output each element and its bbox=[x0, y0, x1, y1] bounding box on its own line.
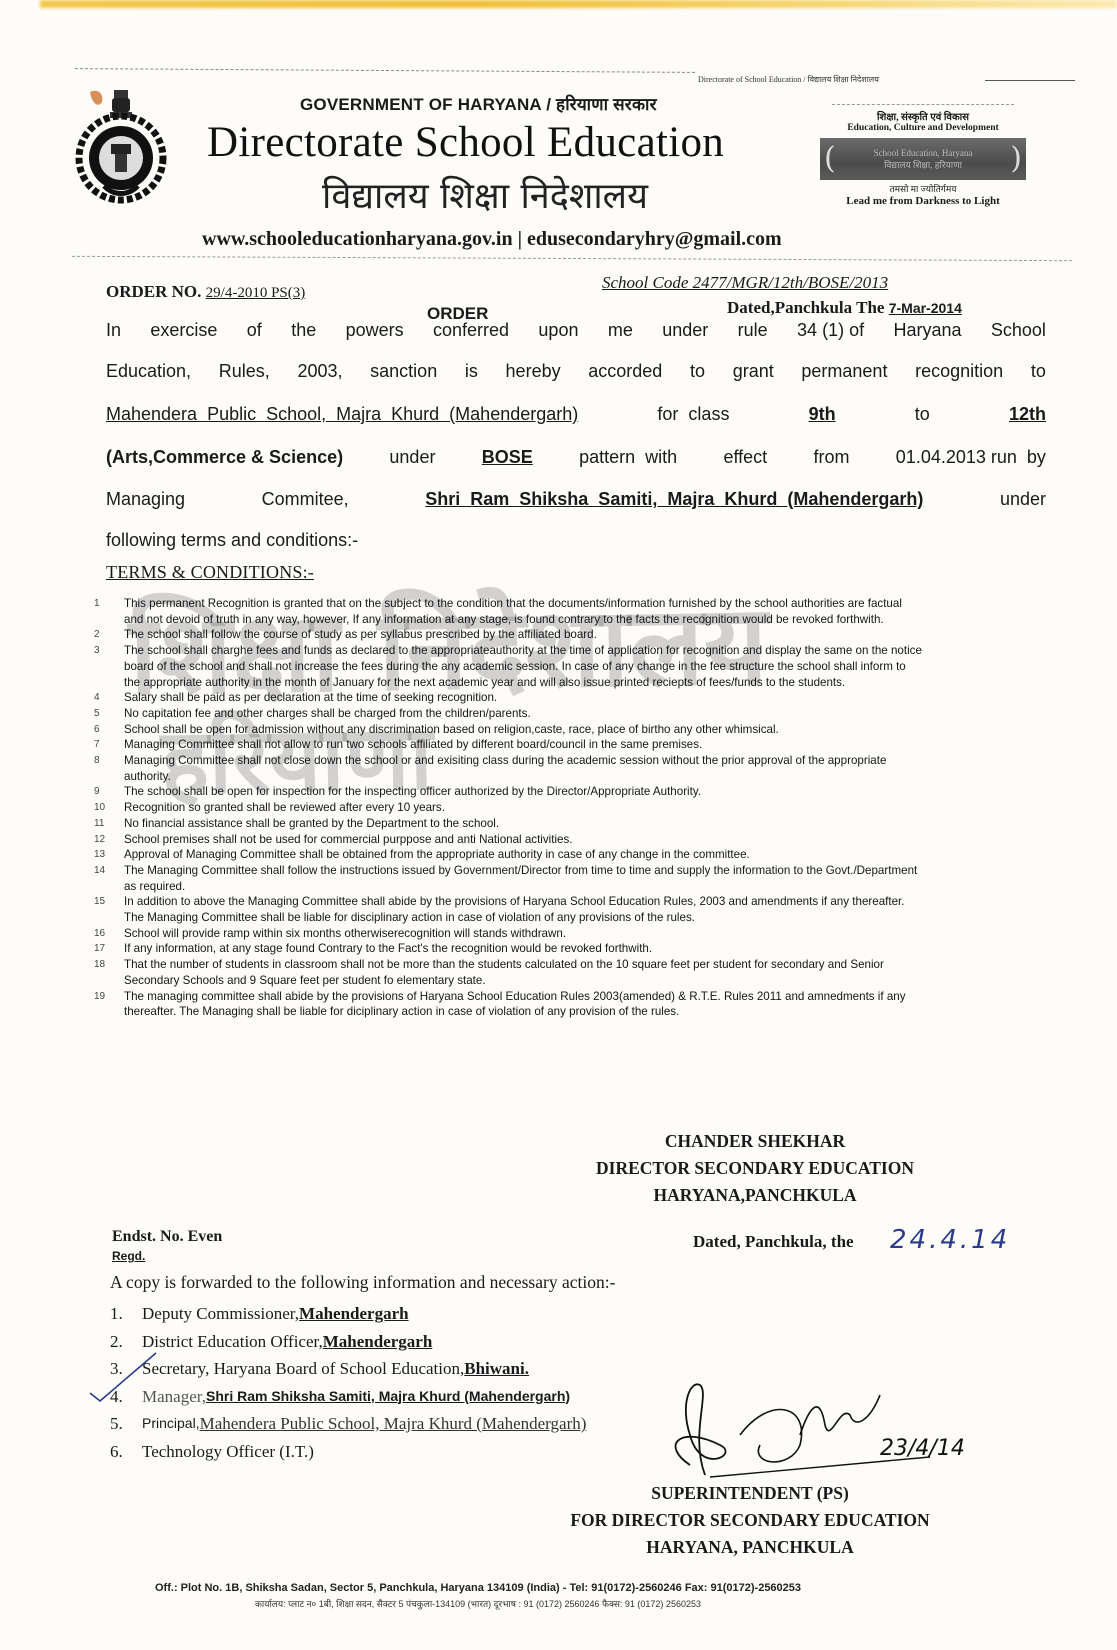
recipient-role: District Education Officer, bbox=[142, 1328, 323, 1356]
order-date: Dated,Panchkula The 7-Mar-2014 bbox=[727, 298, 962, 318]
term-item: 4Salary shall be paid as per declaration… bbox=[94, 690, 924, 706]
signature-date: 23/4/14 bbox=[880, 1436, 965, 1461]
superintendent-line-2: FOR DIRECTOR SECONDARY EDUCATION bbox=[530, 1507, 970, 1534]
term-number: 13 bbox=[94, 847, 124, 863]
term-text: If any information, at any stage found C… bbox=[124, 941, 924, 957]
directorate-title-hindi: विद्यालय शिक्षा निदेशालय bbox=[322, 170, 648, 219]
government-heading: GOVERNMENT OF HARYANA / हरियाणा सरकार bbox=[300, 92, 657, 115]
superintendent-line-3: HARYANA, PANCHKULA bbox=[530, 1534, 970, 1561]
term-item: 2The school shall follow the course of s… bbox=[94, 627, 924, 643]
term-item: 7Managing Committee shall not allow to r… bbox=[94, 737, 924, 753]
to-text: to bbox=[915, 404, 930, 425]
recipient-place: Mahendera Public School, Majra Khurd (Ma… bbox=[200, 1410, 587, 1438]
term-number: 4 bbox=[94, 690, 124, 706]
body-word: upon bbox=[538, 320, 578, 341]
commitee-text: Commitee, bbox=[262, 489, 349, 510]
term-text: Salary shall be paid as per declaration … bbox=[124, 690, 924, 706]
streams: (Arts,Commerce & Science) bbox=[106, 447, 343, 468]
body-word: is bbox=[465, 361, 478, 382]
term-item: 13Approval of Managing Committee shall b… bbox=[94, 847, 924, 863]
footer-address-english: Off.: Plot No. 1B, Shiksha Sadan, Sector… bbox=[155, 1582, 801, 1594]
haryana-emblem-icon bbox=[74, 86, 168, 204]
website-email[interactable]: www.schooleducationharyana.gov.in | edus… bbox=[202, 228, 782, 251]
recipient-number: 6. bbox=[110, 1438, 142, 1466]
term-number: 16 bbox=[94, 926, 124, 942]
body-line-1: Inexerciseofthepowersconferreduponmeunde… bbox=[106, 320, 1046, 341]
term-item: 1This permanent Recognition is granted t… bbox=[94, 596, 924, 627]
term-item: 9The school shall be open for inspection… bbox=[94, 784, 924, 800]
recipient-role: Deputy Commissioner, bbox=[142, 1300, 299, 1328]
term-item: 18That the number of students in classro… bbox=[94, 957, 924, 988]
term-item: 12School premises shall not be used for … bbox=[94, 832, 924, 848]
term-text: Managing Committee shall not close down … bbox=[124, 753, 924, 784]
body-word: Education, bbox=[106, 361, 191, 382]
term-item: 19The managing committee shall abide by … bbox=[94, 989, 924, 1020]
term-item: 6School shall be open for admission with… bbox=[94, 722, 924, 738]
side-banner: ( School Education, Haryana विद्यालय शिक… bbox=[820, 138, 1026, 180]
term-text: Recognition so granted shall be reviewed… bbox=[124, 800, 924, 816]
term-number: 10 bbox=[94, 800, 124, 816]
term-text: That the number of students in classroom… bbox=[124, 957, 924, 988]
recipient-place: Bhiwani. bbox=[464, 1355, 529, 1383]
order-date-value: 7-Mar-2014 bbox=[889, 300, 962, 316]
body-word: School bbox=[991, 320, 1046, 341]
term-item: 8Managing Committee shall not close down… bbox=[94, 753, 924, 784]
header-side-badge: शिक्षा, संस्कृति एवं विकास Education, Cu… bbox=[818, 104, 1028, 207]
term-text: The Managing Committee shall follow the … bbox=[124, 863, 924, 894]
term-number: 1 bbox=[94, 596, 124, 627]
term-text: School premises shall not be used for co… bbox=[124, 832, 924, 848]
body-word: hereby bbox=[506, 361, 561, 382]
terms-list: 1This permanent Recognition is granted t… bbox=[94, 596, 924, 1020]
body-word: powers bbox=[346, 320, 404, 341]
header-rule-right bbox=[985, 80, 1075, 81]
order-date-label: Dated,Panchkula The bbox=[727, 298, 884, 317]
body-word: to bbox=[1031, 361, 1046, 382]
body-word: sanction bbox=[370, 361, 437, 382]
term-number: 6 bbox=[94, 722, 124, 738]
effective-date: 01.04.2013 run by bbox=[896, 447, 1046, 468]
term-number: 11 bbox=[94, 816, 124, 832]
header-caption: Directorate of School Education / विद्या… bbox=[698, 74, 879, 85]
body-line-5: Managing Commitee, Shri Ram Shiksha Sami… bbox=[106, 489, 1046, 510]
superintendent-title: SUPERINTENDENT (PS) bbox=[530, 1480, 970, 1507]
signatory-name: CHANDER SHEKHAR bbox=[575, 1128, 935, 1155]
endorsement-date-label: Dated, Panchkula, the bbox=[693, 1232, 854, 1252]
body-word: conferred bbox=[433, 320, 509, 341]
from-text: from bbox=[813, 447, 849, 468]
motto-english: Lead me from Darkness to Light bbox=[818, 195, 1028, 207]
term-text: Managing Committee shall not allow to ru… bbox=[124, 737, 924, 753]
header-rule bbox=[75, 68, 695, 73]
term-number: 12 bbox=[94, 832, 124, 848]
header-rule-bottom bbox=[72, 256, 1072, 261]
term-text: In addition to above the Managing Commit… bbox=[124, 894, 924, 925]
signatory-block: CHANDER SHEKHAR DIRECTOR SECONDARY EDUCA… bbox=[575, 1128, 935, 1209]
body-word: the bbox=[291, 320, 316, 341]
endorsement-date-handwritten: 24.4.14 bbox=[890, 1225, 1010, 1255]
school-name: Mahendera Public School, Majra Khurd (Ma… bbox=[106, 404, 578, 425]
term-text: Approval of Managing Committee shall be … bbox=[124, 847, 924, 863]
term-item: 3The school shall charghe fees and funds… bbox=[94, 643, 924, 690]
banner-bracket-right-icon: ) bbox=[1010, 144, 1022, 174]
recipient-item: 3.Secretary, Haryana Board of School Edu… bbox=[110, 1355, 586, 1383]
term-item: 11No financial assistance shall be grant… bbox=[94, 816, 924, 832]
term-number: 15 bbox=[94, 894, 124, 925]
term-text: The school shall charghe fees and funds … bbox=[124, 643, 924, 690]
terms-heading: TERMS & CONDITIONS:- bbox=[106, 562, 314, 583]
term-number: 8 bbox=[94, 753, 124, 784]
under-text: under bbox=[389, 447, 435, 468]
body-word: to bbox=[690, 361, 705, 382]
banner-text: School Education, Haryana विद्यालय शिक्ष… bbox=[874, 147, 973, 171]
body-word: recognition bbox=[915, 361, 1003, 382]
term-number: 7 bbox=[94, 737, 124, 753]
body-word: rule bbox=[738, 320, 768, 341]
order-number: ORDER NO. 29/4-2010 PS(3) bbox=[106, 282, 305, 302]
body-word: Haryana bbox=[893, 320, 961, 341]
recipient-number: 3. bbox=[110, 1355, 142, 1383]
class-to: 12th bbox=[1009, 404, 1046, 425]
body-word: 2003, bbox=[297, 361, 342, 382]
superintendent-block: SUPERINTENDENT (PS) FOR DIRECTOR SECONDA… bbox=[530, 1480, 970, 1561]
for-class-text: for class bbox=[657, 404, 729, 425]
recipient-number: 2. bbox=[110, 1328, 142, 1356]
body-word: me bbox=[608, 320, 633, 341]
body-word: permanent bbox=[801, 361, 887, 382]
term-number: 2 bbox=[94, 627, 124, 643]
school-code: School Code 2477/MGR/12th/BOSE/2013 bbox=[602, 273, 888, 293]
side-english-line: Education, Culture and Development bbox=[818, 123, 1028, 133]
term-text: School will provide ramp within six mont… bbox=[124, 926, 924, 942]
banner-line-2: विद्यालय शिक्षा, हरियाणा bbox=[884, 160, 962, 170]
body-word: Rules, bbox=[219, 361, 270, 382]
managing-text: Managing bbox=[106, 489, 185, 510]
term-text: School shall be open for admission witho… bbox=[124, 722, 924, 738]
recipient-role: Manager, bbox=[142, 1383, 206, 1411]
term-number: 19 bbox=[94, 989, 124, 1020]
recipient-number: 1. bbox=[110, 1300, 142, 1328]
body-word: of bbox=[247, 320, 262, 341]
signature-icon: 23/4/14 bbox=[650, 1375, 980, 1485]
body-line-4: (Arts,Commerce & Science) under BOSE pat… bbox=[106, 447, 1046, 468]
recipient-item: 1.Deputy Commissioner,Mahendergarh bbox=[110, 1300, 586, 1328]
body-word: accorded bbox=[588, 361, 662, 382]
recipient-place: Shri Ram Shiksha Samiti, Majra Khurd (Ma… bbox=[206, 1383, 570, 1411]
term-number: 5 bbox=[94, 706, 124, 722]
term-text: The managing committee shall abide by th… bbox=[124, 989, 924, 1020]
society-name: Shri Ram Shiksha Samiti, Majra Khurd (Ma… bbox=[425, 489, 923, 510]
term-number: 9 bbox=[94, 784, 124, 800]
term-number: 14 bbox=[94, 863, 124, 894]
term-text: No capitation fee and other charges shal… bbox=[124, 706, 924, 722]
term-text: The school shall be open for inspection … bbox=[124, 784, 924, 800]
effect-text: effect bbox=[723, 447, 767, 468]
footer-address-hindi: कार्यालय: प्लाट न० 1बी, शिक्षा सदन, सैक्… bbox=[255, 1597, 701, 1610]
registered-label: Regd. bbox=[112, 1249, 145, 1263]
class-from: 9th bbox=[809, 404, 836, 425]
body-word: exercise bbox=[150, 320, 217, 341]
side-rule bbox=[832, 104, 1014, 105]
signatory-place: HARYANA,PANCHKULA bbox=[575, 1182, 935, 1209]
following-text: following terms and conditions:- bbox=[106, 530, 358, 551]
term-text: This permanent Recognition is granted th… bbox=[124, 596, 924, 627]
directorate-title: Directorate School Education bbox=[207, 118, 724, 167]
recipient-role: Principal, bbox=[142, 1410, 200, 1438]
term-number: 17 bbox=[94, 941, 124, 957]
body-word: grant bbox=[733, 361, 774, 382]
term-item: 14The Managing Committee shall follow th… bbox=[94, 863, 924, 894]
under-end-text: under bbox=[1000, 489, 1046, 510]
copy-forward-intro: A copy is forwarded to the following inf… bbox=[110, 1272, 615, 1293]
recipient-place: Mahendergarh bbox=[323, 1328, 433, 1356]
recipient-number: 4. bbox=[110, 1383, 142, 1411]
term-text: The school shall follow the course of st… bbox=[124, 627, 924, 643]
term-number: 18 bbox=[94, 957, 124, 988]
recipient-item: 6.Technology Officer (I.T.) bbox=[110, 1438, 586, 1466]
recipient-number: 5. bbox=[110, 1410, 142, 1438]
side-hindi-line: शिक्षा, संस्कृति एवं विकास bbox=[818, 109, 1028, 123]
signatory-designation: DIRECTOR SECONDARY EDUCATION bbox=[575, 1155, 935, 1182]
recipient-role: Technology Officer (I.T.) bbox=[142, 1438, 314, 1466]
term-item: 16School will provide ramp within six mo… bbox=[94, 926, 924, 942]
order-document: Directorate of School Education / विद्या… bbox=[0, 0, 1117, 1650]
term-text: No financial assistance shall be granted… bbox=[124, 816, 924, 832]
term-item: 10Recognition so granted shall be review… bbox=[94, 800, 924, 816]
order-number-label: ORDER NO. bbox=[106, 282, 201, 301]
motto-hindi: तमसो मा ज्योतिर्गमय bbox=[818, 182, 1028, 195]
term-item: 5No capitation fee and other charges sha… bbox=[94, 706, 924, 722]
recipient-item: 2.District Education Officer,Mahendergar… bbox=[110, 1328, 586, 1356]
recipient-list: 1.Deputy Commissioner,Mahendergarh2.Dist… bbox=[110, 1300, 586, 1465]
recipient-role: Secretary, Haryana Board of School Educa… bbox=[142, 1355, 464, 1383]
banner-line-1: School Education, Haryana bbox=[874, 148, 973, 158]
recipient-item: 4.Manager,Shri Ram Shiksha Samiti, Majra… bbox=[110, 1383, 586, 1411]
body-line-2: Education,Rules,2003,sanctionisherebyacc… bbox=[106, 361, 1046, 382]
board-pattern: BOSE bbox=[482, 447, 533, 468]
term-number: 3 bbox=[94, 643, 124, 690]
recipient-place: Mahendergarh bbox=[299, 1300, 409, 1328]
endorsement-number: Endst. No. Even bbox=[112, 1228, 222, 1246]
order-number-value: 29/4-2010 PS(3) bbox=[206, 285, 306, 301]
body-word: under bbox=[662, 320, 708, 341]
pattern-with-text: pattern with bbox=[579, 447, 677, 468]
body-word: In bbox=[106, 320, 121, 341]
body-word: 34 (1) of bbox=[797, 320, 864, 341]
body-line-3: Mahendera Public School, Majra Khurd (Ma… bbox=[106, 404, 1046, 425]
banner-bracket-left-icon: ( bbox=[824, 144, 836, 174]
term-item: 15In addition to above the Managing Comm… bbox=[94, 894, 924, 925]
recipient-item: 5.Principal,Mahendera Public School, Maj… bbox=[110, 1410, 586, 1438]
term-item: 17If any information, at any stage found… bbox=[94, 941, 924, 957]
